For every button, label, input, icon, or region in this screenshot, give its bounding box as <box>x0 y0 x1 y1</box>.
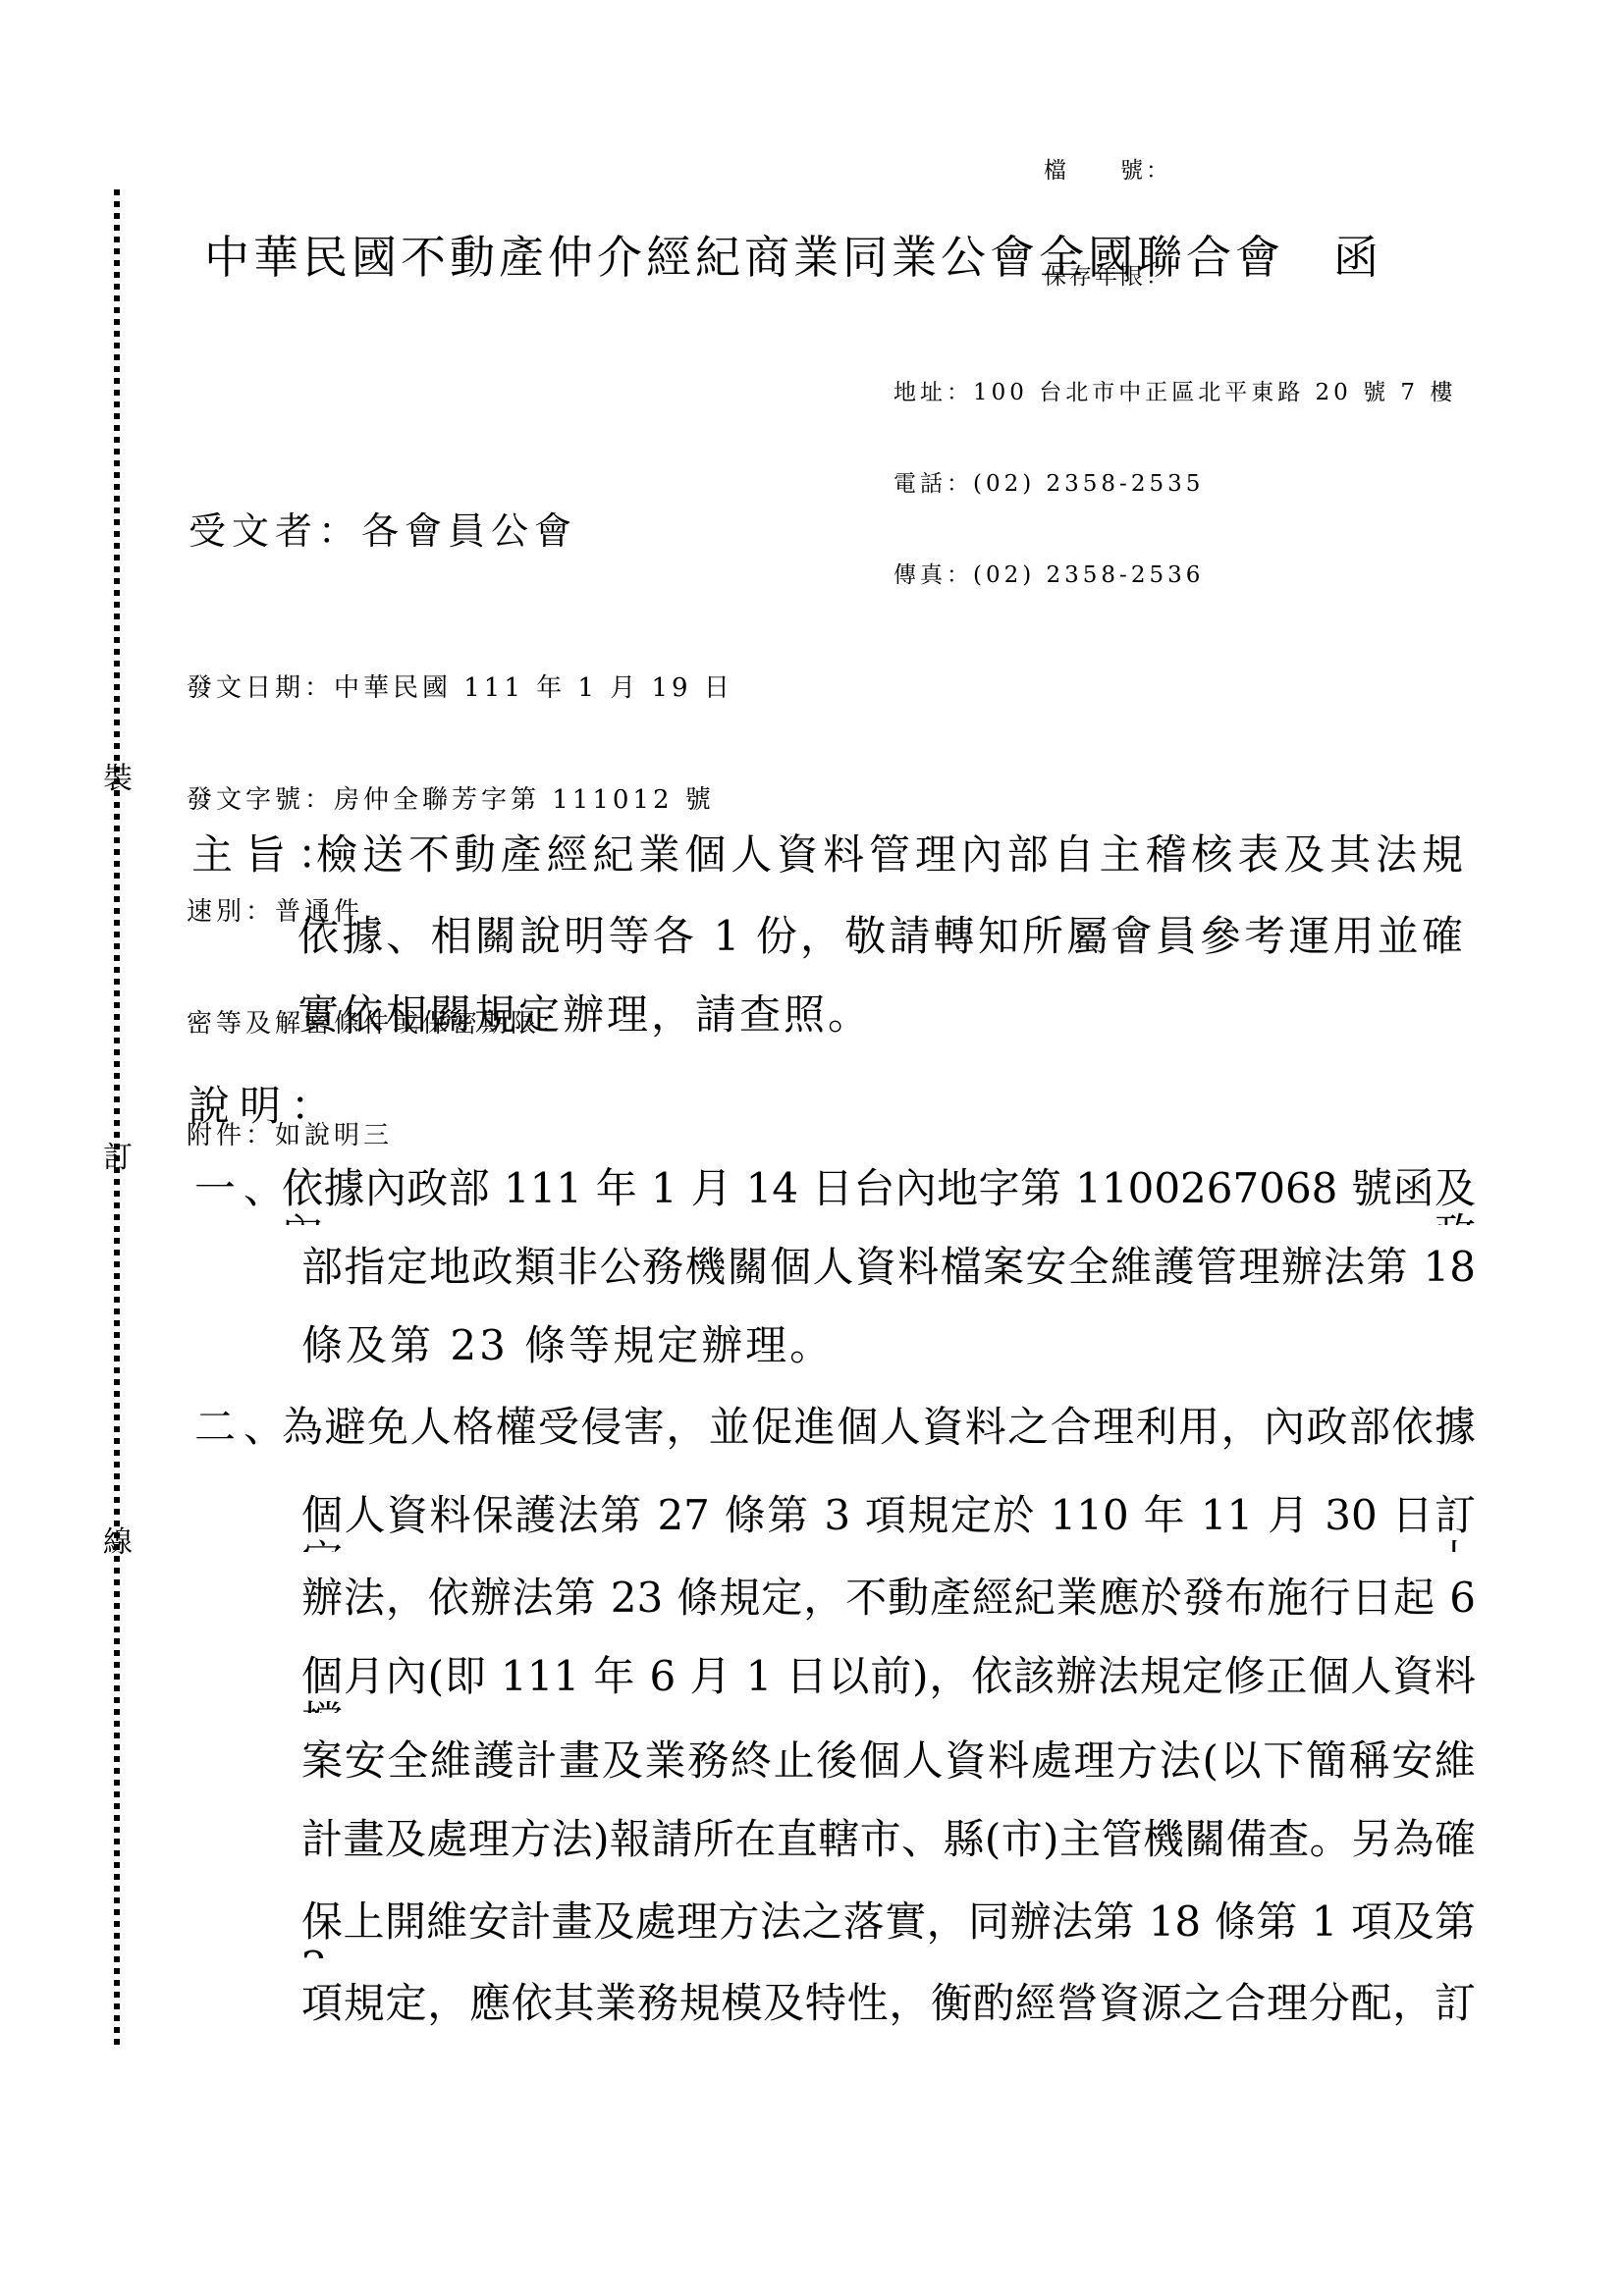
item-line: 辦法，依辦法第 23 條規定，不動產經紀業應於發布施行日起 6 <box>301 1575 1476 1621</box>
item-line: 案安全維護計畫及業務終止後個人資料處理方法(以下簡稱安維 <box>301 1738 1476 1784</box>
item-line: 部指定地政類非公務機關個人資料檔案安全維護管理辦法第 18 <box>301 1245 1476 1290</box>
meta-block: 發文日期：中華民國 111 年 1 月 19 日 發文字號：房仲全聯芳字第 11… <box>187 595 733 1229</box>
address-line: 地址：100 台北市中正區北平東路 20 號 7 樓 <box>893 378 1456 408</box>
item-line: 個人資料保護法第 27 條第 3 項規定於 110 年 11 月 30 日訂定上 <box>301 1493 1476 1552</box>
item-line: 計畫及處理方法)報請所在直轄市、縣(市)主管機關備查。另為確 <box>301 1817 1476 1862</box>
binding-mark-ding: 訂 <box>100 1133 135 1176</box>
doc-number-line: 發文字號：房仲全聯芳字第 111012 號 <box>187 781 733 819</box>
item-line: 依據內政部 111 年 1 月 14 日台內地字第 1100267068 號函及… <box>282 1166 1476 1225</box>
binding-mark-zhuang: 裝 <box>100 754 135 797</box>
recipient-line: 受文者：各會員公會 <box>189 510 577 554</box>
item-line: 為避免人格權受侵害，並促進個人資料之合理利用，內政部依據 <box>282 1405 1476 1450</box>
binding-mark-xian: 線 <box>100 1518 135 1561</box>
file-number-label: 檔 號： <box>1044 153 1171 188</box>
issue-date-line: 發文日期：中華民國 111 年 1 月 19 日 <box>187 669 733 707</box>
item-line: 條及第 23 條等規定辦理。 <box>301 1323 834 1368</box>
explanation-label: 說明： <box>189 1084 342 1129</box>
item-line: 項規定，應依其業務規模及特性，衡酌經營資源之合理分配，訂 <box>301 1981 1476 2026</box>
item-line: 保上開維安計畫及處理方法之落實，同辦法第 18 條第 1 項及第 2 <box>301 1899 1476 1958</box>
binding-dashed-line <box>114 189 120 2047</box>
item-line: 個月內(即 111 年 6 月 1 日以前)，依該辦法規定修正個人資料檔 <box>301 1654 1476 1713</box>
fax-line: 傳真：(02) 2358-2536 <box>893 561 1456 591</box>
subject-line: 檢送不動產經紀業個人資料管理內部自主稽核表及其法規 <box>316 832 1463 878</box>
official-letter-page: 檔 號： 保存年限： 中華民國不動產仲介經紀商業同業公會全國聯合會 函 地址：1… <box>0 0 1624 2296</box>
document-title: 中華民國不動產仲介經紀商業同業公會全國聯合會 函 <box>204 232 1382 284</box>
item-number: 二、 <box>194 1405 293 1450</box>
item-number: 一、 <box>194 1166 293 1211</box>
subject-line: 依據、相關說明等各 1 份，敬請轉知所屬會員參考運用並確 <box>298 914 1463 959</box>
subject-line: 實依相關規定辦理，請查照。 <box>298 992 872 1038</box>
contact-block: 地址：100 台北市中正區北平東路 20 號 7 樓 電話：(02) 2358-… <box>893 317 1456 652</box>
phone-line: 電話：(02) 2358-2535 <box>893 469 1456 500</box>
